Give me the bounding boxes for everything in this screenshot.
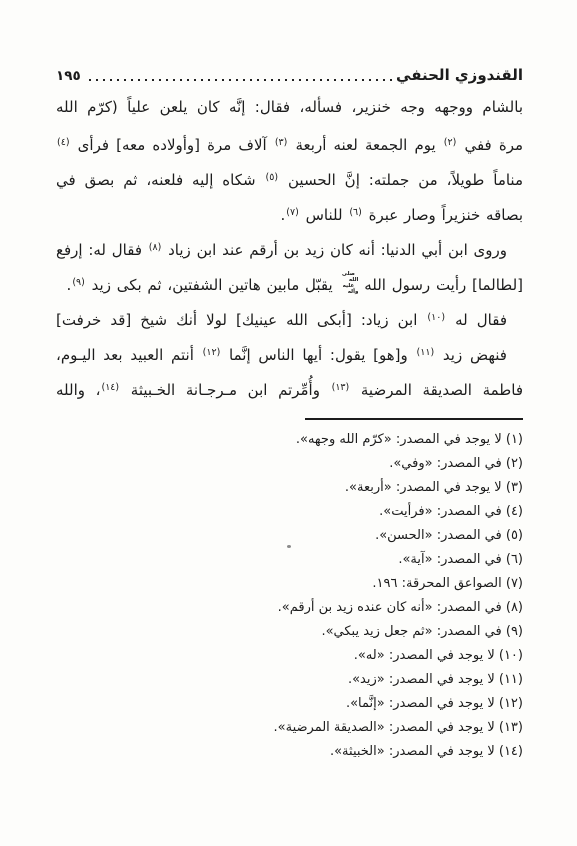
text-line: فاطمة الصديقة المرضية (١٣) وأُمِّرتم ابن… <box>56 370 523 405</box>
footnote: (١٠) لا يوجد في المصدر: «له». <box>56 644 523 668</box>
page-header: القندوزي الحنفي ١٩٥ <box>56 58 523 84</box>
book-page: القندوزي الحنفي ١٩٥ بالشام ووجهه وجه خنز… <box>0 0 577 846</box>
footnote-marker: (٦) <box>349 207 362 218</box>
scan-artifact-dot <box>287 545 291 548</box>
dot-leader <box>87 78 392 81</box>
text-line: بصاقه خنزيراً وصار عبرة (٦) للناس (٧). <box>56 195 523 230</box>
paragraph: فنهض زيد (١١) و[هو] يقول: أيها الناس إنَ… <box>56 335 523 405</box>
footnote-marker: (٩) <box>72 277 85 288</box>
footnote: (١) لا يوجد في المصدر: «كرّم الله وجهه». <box>56 428 523 452</box>
text-line: بالشام ووجهه وجه خنزير، فسأله، فقال: إنَ… <box>56 90 523 125</box>
page-number: ١٩٥ <box>56 68 81 84</box>
footnote: (٢) في المصدر: «وفي». <box>56 452 523 476</box>
footnote-marker: (٢) <box>444 137 457 148</box>
footnote: (٩) في المصدر: «ثم جعل زيد يبكي». <box>56 620 523 644</box>
footnote-separator <box>305 418 523 420</box>
footnote-marker: (١٠) <box>427 312 445 323</box>
footnotes: (١) لا يوجد في المصدر: «كرّم الله وجهه».… <box>56 428 523 764</box>
footnote-marker: (١٤) <box>101 382 119 393</box>
footnote: (٦) في المصدر: «آية». <box>56 548 523 572</box>
footnote: (١٢) لا يوجد في المصدر: «إنَّما». <box>56 692 523 716</box>
footnote-marker: (٣) <box>275 137 288 148</box>
text-line: مرة ففي (٢) يوم الجمعة لعنه أربعة (٣) آل… <box>56 125 523 160</box>
footnote: (٨) في المصدر: «أنه كان عنده زيد بن أرقم… <box>56 596 523 620</box>
footnote: (١١) لا يوجد في المصدر: «زيد». <box>56 668 523 692</box>
body-text: بالشام ووجهه وجه خنزير، فسأله، فقال: إنَ… <box>56 90 523 405</box>
footnote-marker: (١١) <box>417 347 435 358</box>
text-line: وروى ابن أبي الدنيا: أنه كان زيد بن أرقم… <box>56 230 523 265</box>
footnote: (٤) في المصدر: «فرأيت». <box>56 500 523 524</box>
paragraph: وروى ابن أبي الدنيا: أنه كان زيد بن أرقم… <box>56 230 523 300</box>
footnote-marker: (٨) <box>149 242 162 253</box>
pbuh-ligature: صلى اللهعليه وآله <box>338 271 358 295</box>
footnote-marker: (٤) <box>57 137 70 148</box>
footnote-marker: (١٢) <box>203 347 221 358</box>
paragraph: فقال له (١٠) ابن زياد: [أبكى الله عينيك]… <box>56 300 523 335</box>
footnote: (١٣) لا يوجد في المصدر: «الصديقة المرضية… <box>56 716 523 740</box>
footnote-marker: (٥) <box>266 172 279 183</box>
running-title: القندوزي الحنفي <box>396 66 523 84</box>
paragraph: بالشام ووجهه وجه خنزير، فسأله، فقال: إنَ… <box>56 90 523 230</box>
footnote-marker: (١٣) <box>332 382 350 393</box>
footnote: (١٤) لا يوجد في المصدر: «الخبيثة». <box>56 740 523 764</box>
footnote: (٧) الصواعق المحرقة: ١٩٦. <box>56 572 523 596</box>
footnote-marker: (٧) <box>286 207 299 218</box>
text-line: مناماً طويلاً، من جملته: إنَّ الحسين (٥)… <box>56 160 523 195</box>
footnote: (٣) لا يوجد في المصدر: «أربعة». <box>56 476 523 500</box>
text-line: [لطالما] رأيت رسول الله صلى اللهعليه وآل… <box>56 265 523 300</box>
text-line: فقال له (١٠) ابن زياد: [أبكى الله عينيك]… <box>56 300 523 335</box>
text-line: فنهض زيد (١١) و[هو] يقول: أيها الناس إنَ… <box>56 335 523 370</box>
